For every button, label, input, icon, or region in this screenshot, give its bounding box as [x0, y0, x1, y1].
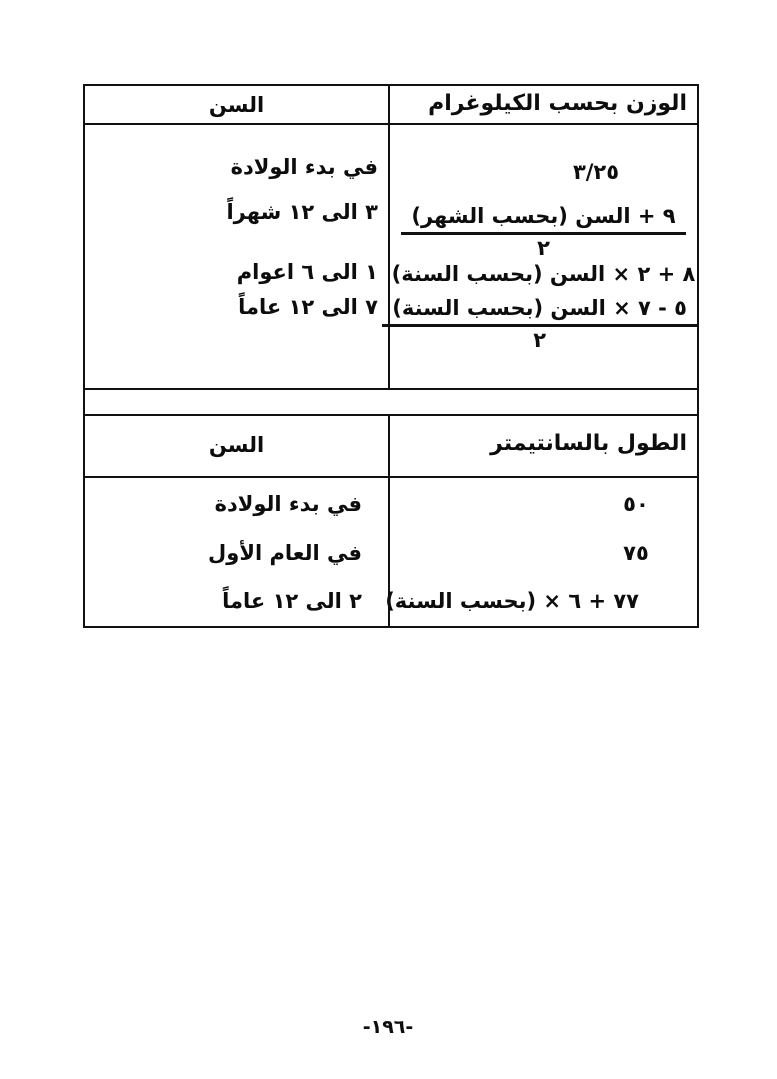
weight-table-value-header: الوزن بحسب الكيلوغرام: [390, 90, 697, 118]
fraction: ٥ - ٧ × السن (بحسب السنة) ٢: [382, 294, 697, 354]
weight-row-age-months: ٣ الى ١٢ شهراً: [85, 198, 388, 226]
fraction: ٩ + السن (بحسب الشهر) ٢: [401, 202, 685, 262]
weight-row-formula-young-years: ٨ + ٢ × السن (بحسب السنة): [390, 260, 697, 288]
weight-row-formula-months: ٩ + السن (بحسب الشهر) ٢: [390, 202, 697, 262]
height-row-age-years: ٢ الى ١٢ عاماً: [85, 587, 388, 615]
weight-row-formula-older-years: ٥ - ٧ × السن (بحسب السنة) ٢: [390, 294, 697, 354]
fraction-numerator: ٩ + السن (بحسب الشهر): [401, 202, 685, 235]
height-table-header-rule: [85, 476, 697, 478]
weight-row-age-older-years: ٧ الى ١٢ عاماً: [85, 293, 388, 321]
page-number: -١٩٦-: [288, 1016, 488, 1038]
weight-table-bottom-rule: [85, 388, 697, 390]
fraction-numerator: ٥ - ٧ × السن (بحسب السنة): [382, 294, 697, 327]
scanned-book-page: السن الوزن بحسب الكيلوغرام في بدء الولاد…: [0, 0, 777, 1079]
height-row-formula-years: ٧٧ + ٦ × (بحسب السنة): [390, 587, 697, 615]
fraction-denominator: ٢: [401, 235, 685, 262]
weight-row-age-birth: في بدء الولادة: [85, 153, 388, 181]
height-row-age-first-year: في العام الأول: [85, 539, 388, 567]
weight-table-header-rule: [85, 123, 697, 125]
height-row-value-birth: ٥٠: [390, 490, 697, 518]
separator-strip-rule: [85, 414, 697, 416]
weight-table-age-header: السن: [85, 91, 388, 119]
height-table-age-header: السن: [85, 431, 388, 459]
height-row-value-first-year: ٧٥: [390, 539, 697, 567]
weight-row-age-young-years: ١ الى ٦ اعوام: [85, 258, 388, 286]
height-row-age-birth: في بدء الولادة: [85, 490, 388, 518]
height-table-value-header: الطول بالسانتيمتر: [390, 430, 697, 458]
fraction-denominator: ٢: [382, 327, 697, 354]
growth-tables: السن الوزن بحسب الكيلوغرام في بدء الولاد…: [83, 84, 699, 628]
weight-row-value-birth: ٣/٢٥: [390, 158, 697, 186]
